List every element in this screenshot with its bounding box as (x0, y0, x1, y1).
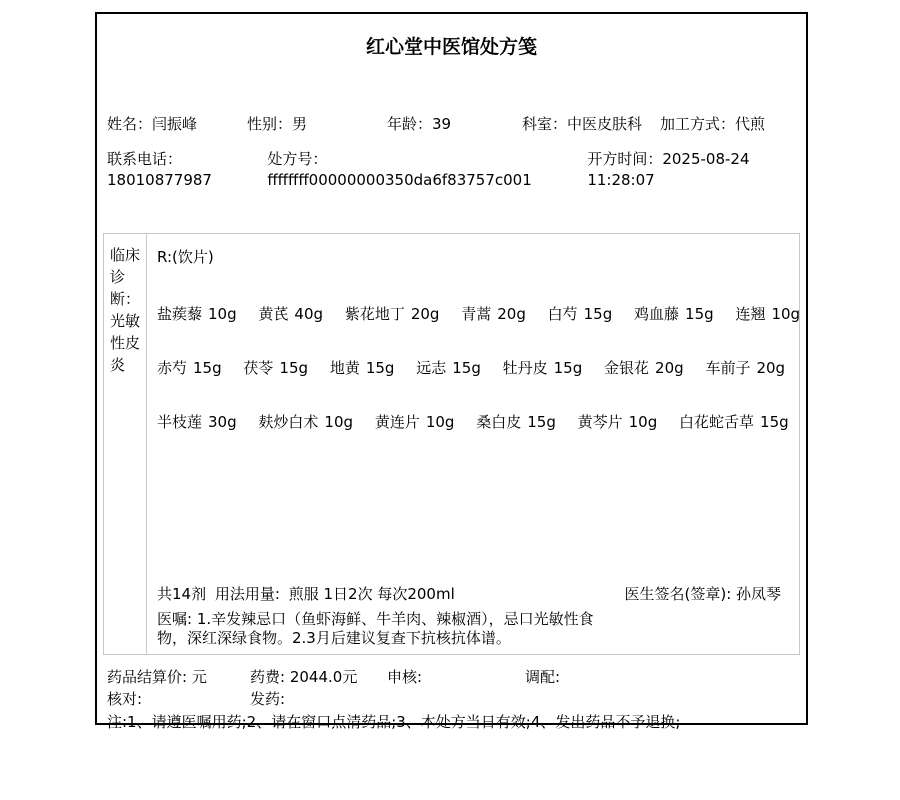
prescription-sheet: 红心堂中医馆处方笺 姓名：闫振峰 性别：男 年龄：39 科室：中医皮肤科 加工方… (95, 12, 808, 725)
herb-name: 远志 (416, 359, 446, 377)
herb-dose: 15g (193, 359, 222, 377)
review-field: 申核: (387, 666, 525, 688)
patient-age: 年龄：39 (387, 114, 522, 135)
herb-dose: 30g (208, 413, 237, 431)
usage-row: 共14剂 用法用量: 煎服 1日2次 每次200ml 医生签名(签章): 孙凤琴 (157, 584, 817, 604)
herb-name: 连翘 (735, 305, 765, 323)
herb-item: 连翘10g (735, 305, 800, 323)
herb-item: 紫花地丁20g (345, 305, 440, 323)
prescription-number: 处方号：ffffffff00000000350da6f83757c001 (267, 149, 587, 191)
herb-name: 白花蛇舌草 (679, 413, 754, 431)
contact-phone: 联系电话：18010877987 (107, 149, 267, 191)
rx-header: R:(饮片) (157, 246, 817, 267)
herb-dose: 15g (366, 359, 395, 377)
herb-name: 青蒿 (461, 305, 491, 323)
dose-total: 共14剂 (157, 585, 206, 603)
patient-info-row-2: 联系电话：18010877987 处方号：ffffffff00000000350… (107, 149, 796, 191)
patient-info: 姓名：闫振峰 性别：男 年龄：39 科室：中医皮肤科 加工方式：代煎 联系电话：… (97, 114, 806, 191)
doctor-signature-label: 医生签名(签章): (625, 585, 732, 603)
herb-dose: 10g (771, 305, 800, 323)
herb-item: 青蒿20g (461, 305, 526, 323)
herb-item: 黄连片10g (375, 413, 455, 431)
usage-value: 煎服 1日2次 每次200ml (289, 585, 455, 603)
herb-item: 赤芍15g (157, 359, 222, 377)
patient-gender: 性别：男 (247, 114, 387, 135)
patient-name: 姓名：闫振峰 (107, 114, 247, 135)
footer-row-1: 药品结算价: 元 药费: 2044.0元 申核: 调配: (107, 666, 796, 688)
herb-item: 黄芪40g (258, 305, 323, 323)
herb-name: 白芍 (548, 305, 578, 323)
prescription-box: 临床诊断：光敏性皮炎 R:(饮片) 盐蒺藜10g 黄芪40g 紫花地丁20g 青… (103, 233, 800, 655)
herb-line-1: 盐蒺藜10g 黄芪40g 紫花地丁20g 青蒿20g 白芍15g 鸡血藤15g … (157, 303, 817, 324)
herb-name: 赤芍 (157, 359, 187, 377)
herb-dose: 15g (452, 359, 481, 377)
prescription-summary: 共14剂 用法用量: 煎服 1日2次 每次200ml 医生签名(签章): 孙凤琴… (157, 584, 817, 648)
footer-row-2: 核对: 发药: (107, 688, 796, 710)
herb-name: 茯苓 (243, 359, 273, 377)
herb-dose: 10g (629, 413, 658, 431)
herb-name: 车前子 (705, 359, 750, 377)
herb-dose: 15g (584, 305, 613, 323)
herb-item: 盐蒺藜10g (157, 305, 237, 323)
department: 科室：中医皮肤科 (522, 114, 660, 135)
herb-item: 金银花20g (604, 359, 684, 377)
herb-item: 车前子20g (705, 359, 785, 377)
herb-name: 紫花地丁 (345, 305, 405, 323)
prescription-time: 开方时间：2025-08-24 11:28:07 (587, 149, 796, 191)
herb-item: 茯苓15g (243, 359, 308, 377)
herb-item: 鸡血藤15g (634, 305, 714, 323)
herb-name: 黄芩片 (578, 413, 623, 431)
herb-name: 黄芪 (258, 305, 288, 323)
herb-name: 麸炒白术 (258, 413, 318, 431)
herb-dose: 10g (426, 413, 455, 431)
herb-item: 牡丹皮15g (503, 359, 583, 377)
page-title: 红心堂中医馆处方笺 (97, 34, 806, 60)
herb-dose: 15g (279, 359, 308, 377)
herb-dose: 20g (655, 359, 684, 377)
usage-info: 共14剂 用法用量: 煎服 1日2次 每次200ml (157, 584, 459, 604)
doctor-signature: 医生签名(签章): 孙凤琴 (625, 584, 782, 604)
herb-item: 白芍15g (548, 305, 613, 323)
herb-item: 麸炒白术10g (258, 413, 353, 431)
herb-item: 白花蛇舌草15g (679, 413, 789, 431)
herb-dose: 40g (294, 305, 323, 323)
herb-item: 黄芩片10g (578, 413, 658, 431)
footer-note: 注:1、请遵医嘱用药;2、请在窗口点清药品;3、本处方当日有效;4、发出药品不予… (107, 711, 796, 733)
herb-dose: 20g (411, 305, 440, 323)
herb-name: 盐蒺藜 (157, 305, 202, 323)
prescription-content: R:(饮片) 盐蒺藜10g 黄芪40g 紫花地丁20g 青蒿20g 白芍15g … (147, 234, 827, 654)
medicine-fee: 药费: 2044.0元 (250, 666, 387, 688)
medical-advice-label: 医嘱: (157, 610, 192, 628)
herb-dose: 15g (527, 413, 556, 431)
herb-dose: 15g (685, 305, 714, 323)
check-field: 核对: (107, 688, 250, 710)
medical-advice: 医嘱: 1.辛发辣忌口（鱼虾海鲜、牛羊肉、辣椒酒），忌口光敏性食物，深红深绿食物… (157, 610, 619, 648)
herb-item: 地黄15g (330, 359, 395, 377)
herb-dose: 10g (208, 305, 237, 323)
allocate-field: 调配: (525, 666, 560, 688)
dispense-field: 发药: (250, 688, 387, 710)
herb-name: 牡丹皮 (503, 359, 548, 377)
clinical-diagnosis: 临床诊断：光敏性皮炎 (104, 234, 147, 654)
herb-item: 远志15g (416, 359, 481, 377)
usage-label: 用法用量: (215, 585, 280, 603)
herb-dose: 15g (554, 359, 583, 377)
herb-item: 桑白皮15g (476, 413, 556, 431)
herb-name: 黄连片 (375, 413, 420, 431)
herb-line-3: 半枝莲30g 麸炒白术10g 黄连片10g 桑白皮15g 黄芩片10g 白花蛇舌… (157, 411, 817, 432)
herb-name: 桑白皮 (476, 413, 521, 431)
processing-method: 加工方式：代煎 (660, 114, 765, 135)
doctor-name: 孙凤琴 (736, 585, 781, 603)
herb-name: 鸡血藤 (634, 305, 679, 323)
herb-line-2: 赤芍15g 茯苓15g 地黄15g 远志15g 牡丹皮15g 金银花20g 车前… (157, 357, 817, 378)
herb-dose: 15g (760, 413, 789, 431)
herb-name: 金银花 (604, 359, 649, 377)
herb-dose: 20g (497, 305, 526, 323)
herb-name: 地黄 (330, 359, 360, 377)
herb-item: 半枝莲30g (157, 413, 237, 431)
settlement-price: 药品结算价: 元 (107, 666, 250, 688)
patient-info-row-1: 姓名：闫振峰 性别：男 年龄：39 科室：中医皮肤科 加工方式：代煎 (107, 114, 796, 135)
herb-name: 半枝莲 (157, 413, 202, 431)
herb-dose: 20g (756, 359, 785, 377)
herb-dose: 10g (324, 413, 353, 431)
footer: 药品结算价: 元 药费: 2044.0元 申核: 调配: 核对: 发药: 注:1… (97, 666, 806, 733)
